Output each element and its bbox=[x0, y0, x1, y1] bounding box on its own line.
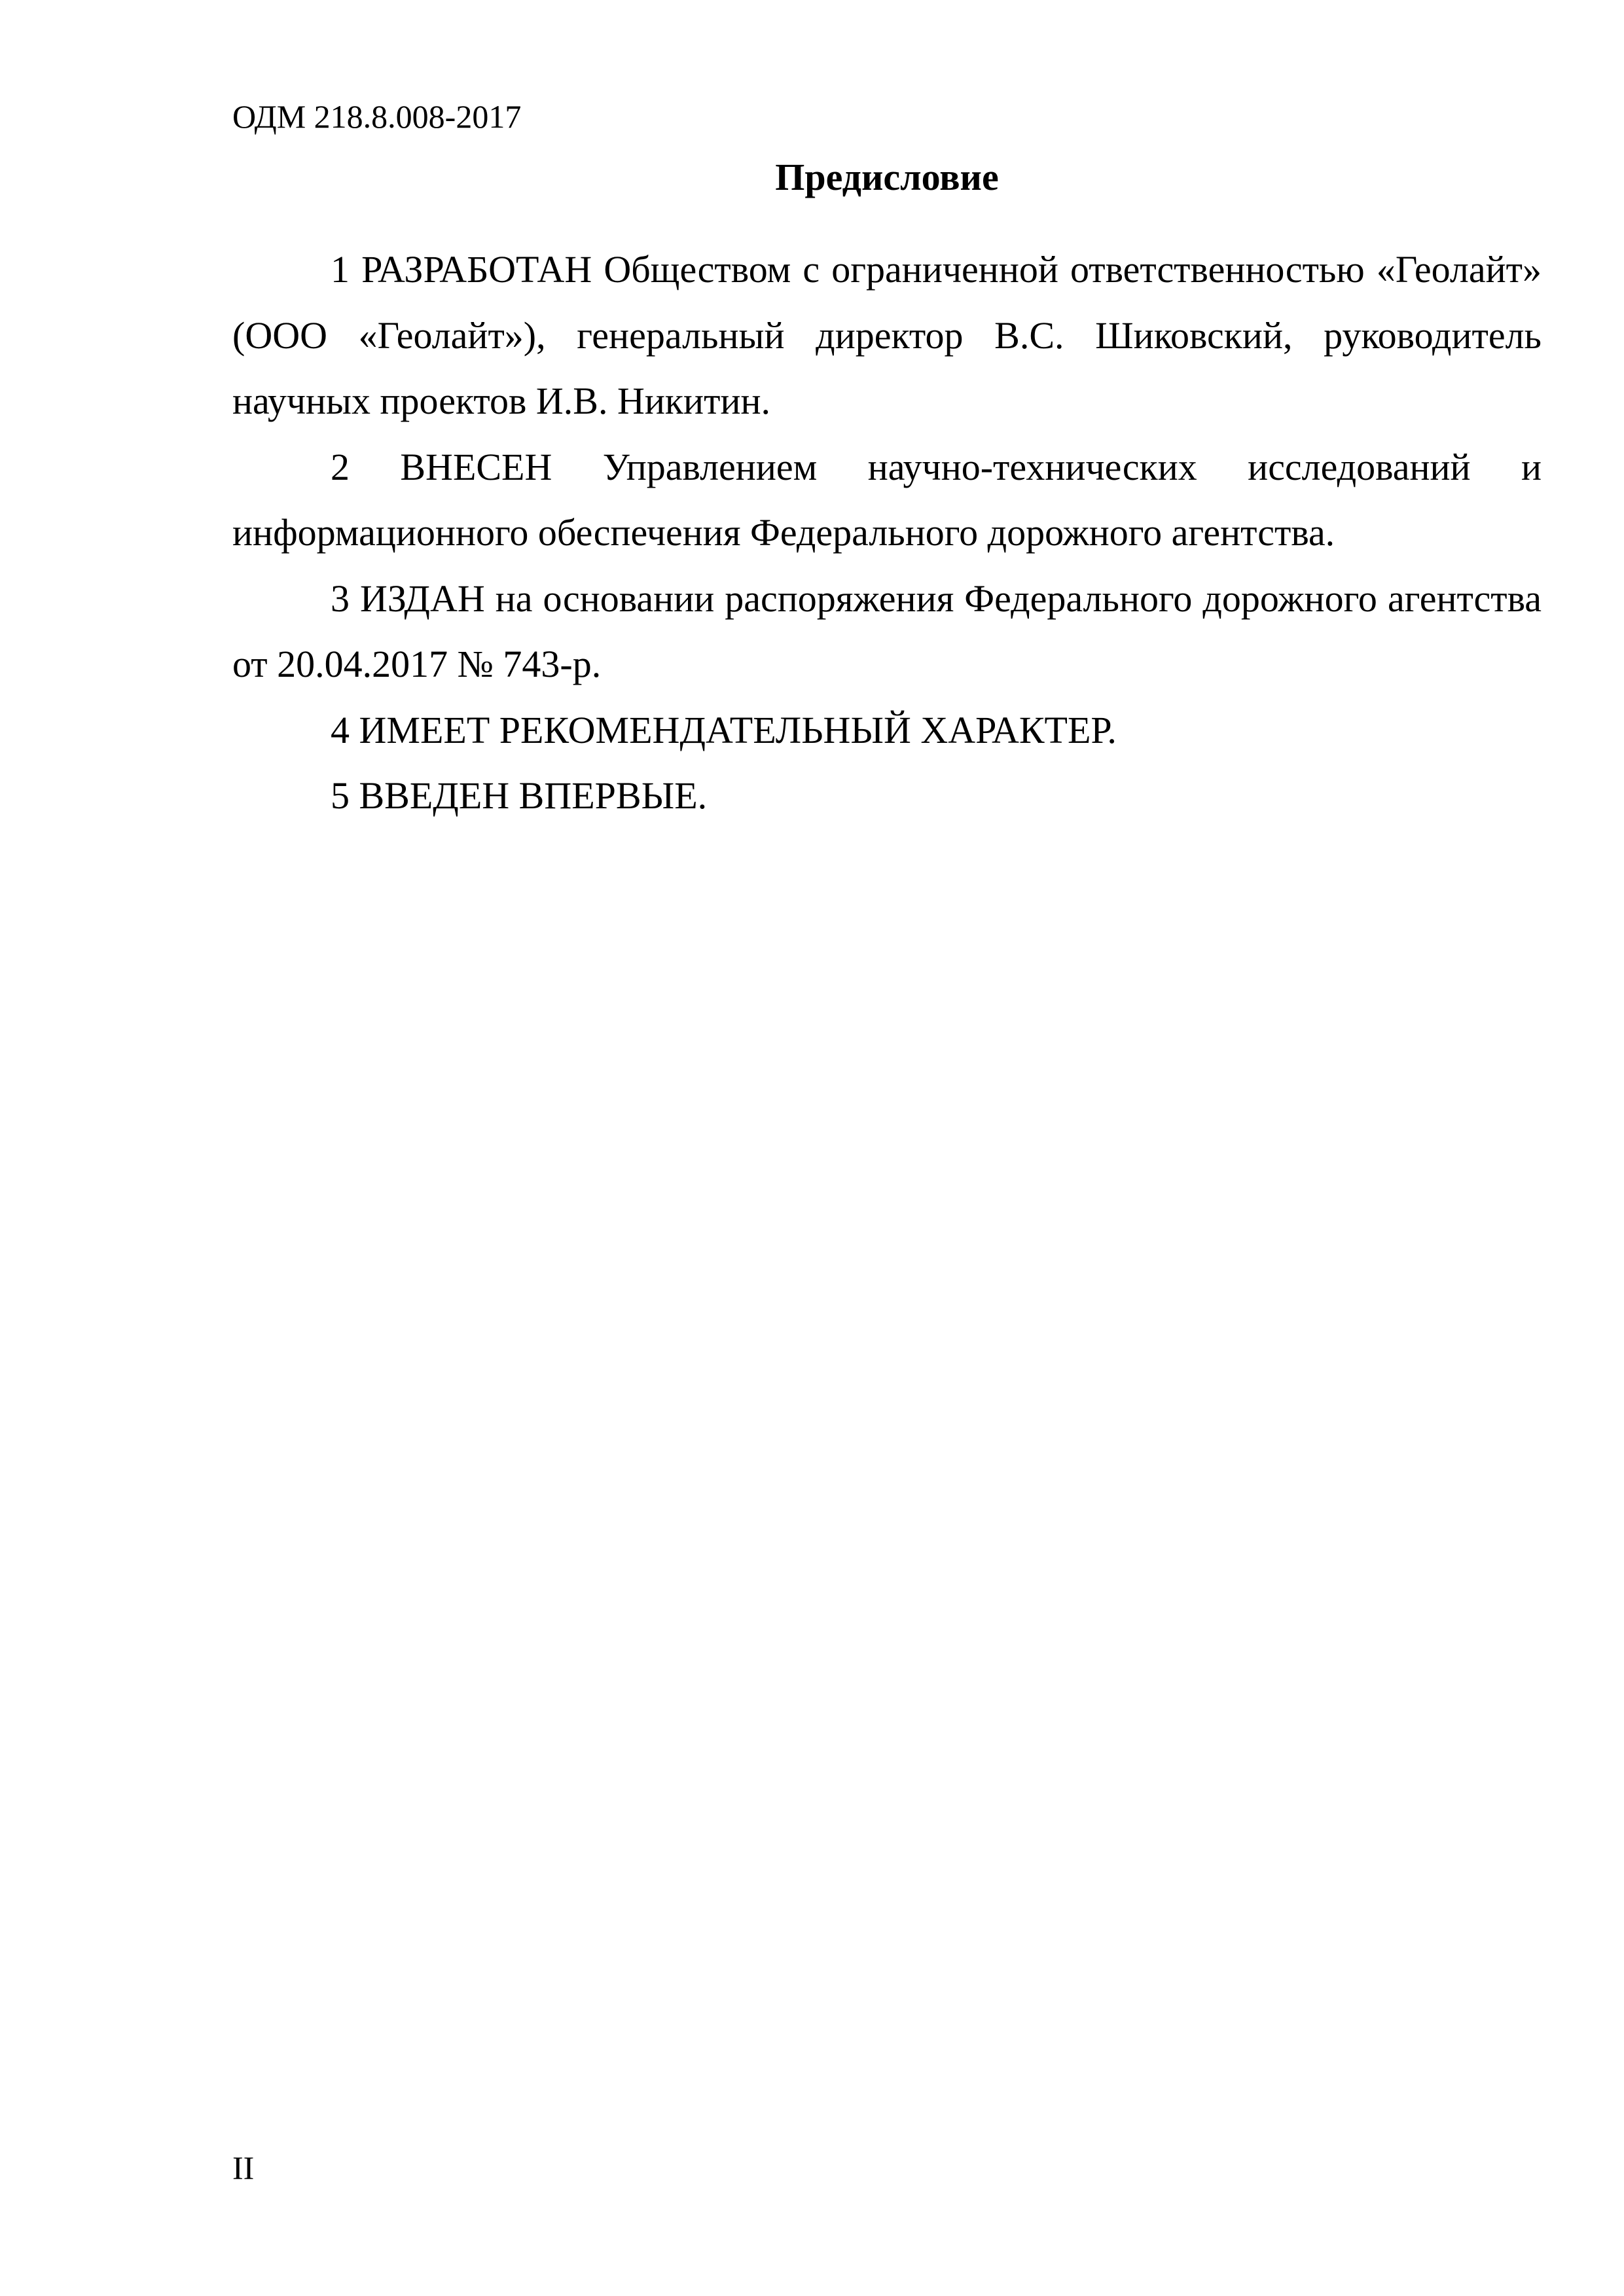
foreword-item-developed: 1 РАЗРАБОТАН Обществом с ограниченной от… bbox=[232, 237, 1542, 435]
document-code-header: ОДМ 218.8.008-2017 bbox=[232, 97, 521, 136]
section-title: Предисловие bbox=[232, 154, 1542, 200]
foreword-item-recommendatory: 4 ИМЕЕТ РЕКОМЕНДАТЕЛЬНЫЙ ХАРАКТЕР. bbox=[232, 698, 1542, 764]
foreword-body: 1 РАЗРАБОТАН Обществом с ограниченной от… bbox=[232, 237, 1542, 829]
foreword-item-submitted: 2 ВНЕСЕН Управлением научно-технических … bbox=[232, 435, 1542, 566]
foreword-item-issued: 3 ИЗДАН на основании распоряжения Федера… bbox=[232, 566, 1542, 698]
foreword-item-introduced: 5 ВВЕДЕН ВПЕРВЫЕ. bbox=[232, 763, 1542, 829]
page-number: II bbox=[232, 2148, 254, 2187]
document-page: ОДМ 218.8.008-2017 Предисловие 1 РАЗРАБО… bbox=[0, 0, 1624, 2296]
